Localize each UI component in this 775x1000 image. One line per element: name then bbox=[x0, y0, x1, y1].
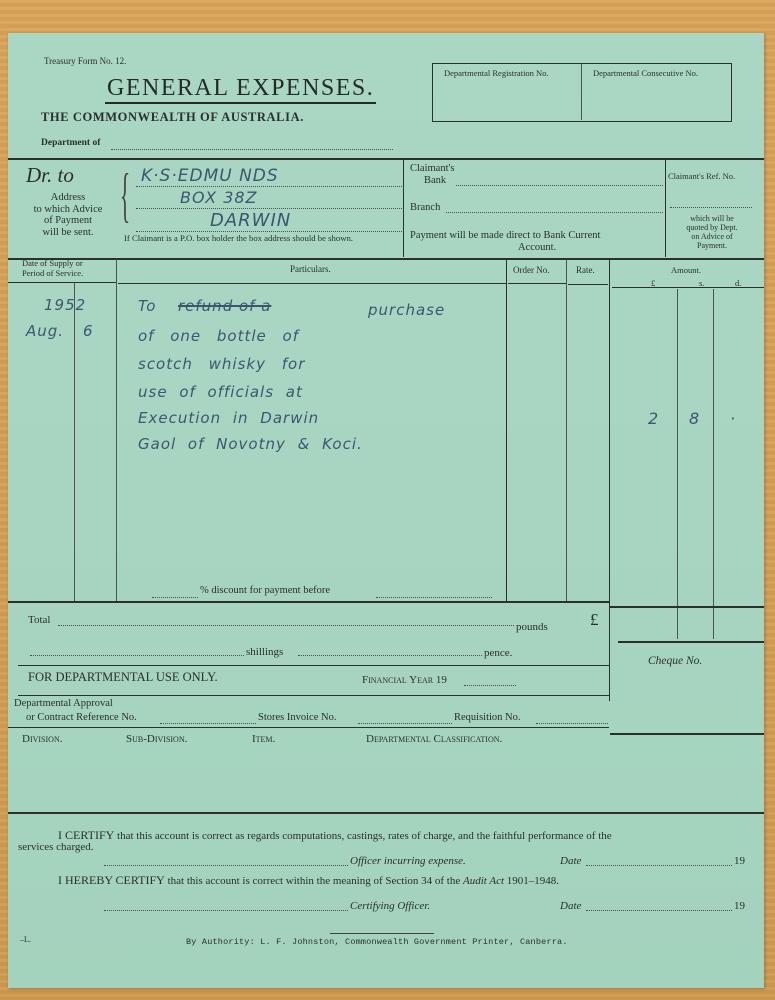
particulars-struck[interactable]: refund of a bbox=[178, 298, 271, 315]
address-note: Address to which Advice of Payment will … bbox=[18, 192, 118, 238]
officer-date-field[interactable] bbox=[586, 865, 732, 866]
branch-field[interactable] bbox=[446, 212, 663, 213]
departmental-use-only: FOR DEPARTMENTAL USE ONLY. bbox=[28, 671, 218, 685]
bank-field[interactable] bbox=[456, 185, 663, 186]
payment-note-2: Account. bbox=[518, 242, 556, 254]
particulars-line-5[interactable]: Execution in Darwin bbox=[138, 410, 319, 427]
rule bbox=[18, 665, 609, 666]
amount-header: Amount. bbox=[671, 266, 701, 275]
registration-divider bbox=[581, 64, 582, 120]
rule bbox=[610, 733, 764, 735]
particulars-header: Particulars. bbox=[290, 265, 331, 275]
certifying-date-field[interactable] bbox=[586, 910, 732, 911]
rule bbox=[8, 812, 764, 814]
discount-date-field[interactable] bbox=[376, 597, 492, 598]
bank-label-1: Claimant's bbox=[410, 163, 454, 175]
claimant-ref-field[interactable] bbox=[670, 207, 752, 208]
registration-label: Departmental Registration No. bbox=[444, 69, 549, 78]
certify-statement-2: services charged. bbox=[18, 841, 94, 853]
pence-label: pence. bbox=[484, 647, 512, 659]
bank-label-2: Bank bbox=[424, 175, 446, 187]
officer-label: Officer incurring expense. bbox=[350, 855, 466, 867]
col-line bbox=[609, 259, 610, 701]
po-box-note: If Claimant is a P.O. box holder the box… bbox=[124, 234, 353, 244]
classification-field[interactable] bbox=[12, 749, 760, 809]
footer-rule bbox=[330, 933, 434, 934]
col-line bbox=[677, 289, 678, 639]
col-line bbox=[566, 259, 567, 601]
col-line bbox=[74, 283, 75, 601]
year-prefix-1: 19 bbox=[734, 855, 745, 867]
total-pounds-field[interactable] bbox=[58, 625, 514, 626]
certifying-signature-field[interactable] bbox=[104, 910, 348, 911]
sub-division-label: Sub-Division. bbox=[126, 733, 187, 745]
address-rule bbox=[136, 231, 402, 232]
order-no-header: Order No. bbox=[513, 266, 550, 276]
total-label: Total bbox=[28, 614, 50, 626]
address-rule bbox=[136, 186, 402, 187]
department-label: Department of bbox=[41, 138, 100, 148]
date-header: Date of Supply or Period of Service. bbox=[22, 259, 83, 278]
amount-pence[interactable]: · bbox=[730, 410, 736, 428]
contract-ref-field[interactable] bbox=[160, 723, 256, 724]
rule bbox=[508, 283, 566, 284]
amount-shillings[interactable]: 8 bbox=[689, 410, 700, 428]
supply-month[interactable]: Aug. bbox=[26, 323, 64, 340]
stores-invoice-label: Stores Invoice No. bbox=[258, 712, 336, 724]
form-number: Treasury Form No. 12. bbox=[44, 57, 126, 67]
financial-year-field[interactable] bbox=[464, 685, 516, 686]
year-prefix-2: 19 bbox=[734, 900, 745, 912]
cheque-field[interactable] bbox=[612, 673, 762, 727]
general-expenses-form: Treasury Form No. 12. GENERAL EXPENSES. … bbox=[8, 33, 764, 988]
date-label-2: Date bbox=[560, 900, 581, 912]
divider bbox=[665, 160, 666, 257]
discount-label: % discount for payment before bbox=[200, 585, 330, 597]
hereby-certify-statement: I HEREBY CERTIFY that this account is co… bbox=[58, 874, 559, 887]
discount-percent-field[interactable] bbox=[152, 597, 198, 598]
amount-pounds[interactable]: 2 bbox=[648, 410, 659, 428]
ref-note: which will be quoted by Dept. on Advice … bbox=[668, 214, 756, 250]
divider bbox=[403, 160, 404, 257]
rule bbox=[618, 641, 764, 643]
requisition-field[interactable] bbox=[536, 723, 608, 724]
supply-day[interactable]: 6 bbox=[83, 323, 94, 340]
branch-label: Branch bbox=[410, 202, 440, 214]
particulars-line-1[interactable]: purchase bbox=[368, 302, 445, 319]
stores-invoice-field[interactable] bbox=[358, 723, 452, 724]
approval-label-2: or Contract Reference No. bbox=[26, 712, 137, 724]
rule bbox=[8, 258, 764, 260]
rule bbox=[118, 283, 506, 284]
particulars-line-3[interactable]: scotch whisky for bbox=[138, 356, 305, 373]
officer-signature-field[interactable] bbox=[104, 865, 348, 866]
address-line-2[interactable]: BOX 38Z bbox=[180, 189, 258, 207]
col-line bbox=[506, 259, 507, 601]
rate-header: Rate. bbox=[576, 266, 595, 276]
claimant-ref-label: Claimant's Ref. No. bbox=[668, 172, 735, 181]
certifying-officer-label: Certifying Officer. bbox=[350, 900, 430, 912]
address-rule bbox=[136, 208, 402, 209]
supply-year[interactable]: 1952 bbox=[44, 297, 86, 314]
classification-label: Departmental Classification. bbox=[366, 733, 502, 745]
shillings-label: shillings bbox=[246, 646, 283, 658]
particulars-line-to[interactable]: To bbox=[138, 298, 157, 315]
rule bbox=[568, 284, 608, 285]
division-label: Division. bbox=[22, 733, 62, 745]
form-subtitle: THE COMMONWEALTH OF AUSTRALIA. bbox=[41, 111, 304, 125]
certify-statement: I CERTIFY that this account is correct a… bbox=[58, 829, 748, 842]
pound-sign: £ bbox=[590, 611, 599, 630]
payment-note-1: Payment will be made direct to Bank Curr… bbox=[410, 230, 600, 242]
date-label-1: Date bbox=[560, 855, 581, 867]
dr-to-label: Dr. to bbox=[26, 164, 74, 187]
address-line-3[interactable]: DARWIN bbox=[210, 211, 291, 231]
rule bbox=[8, 601, 609, 603]
printer-authority: By Authority: L. F. Johnston, Commonweal… bbox=[186, 938, 568, 947]
registration-field[interactable] bbox=[435, 83, 579, 117]
form-code: –L. bbox=[20, 936, 31, 945]
particulars-line-6[interactable]: Gaol of Novotny & Koci. bbox=[138, 436, 363, 453]
pounds-label: pounds bbox=[516, 621, 548, 633]
financial-year-label: Financial Year 19 bbox=[362, 674, 447, 686]
particulars-line-2[interactable]: of one bottle of bbox=[138, 328, 299, 345]
rule bbox=[18, 695, 609, 696]
total-pence-field[interactable] bbox=[298, 655, 482, 656]
item-label: Item. bbox=[252, 733, 275, 745]
col-line bbox=[116, 259, 117, 601]
form-title: GENERAL EXPENSES. bbox=[105, 75, 376, 104]
consecutive-field[interactable] bbox=[584, 83, 728, 117]
brace-icon: { bbox=[120, 165, 130, 225]
rule bbox=[612, 287, 764, 288]
rule bbox=[610, 606, 764, 608]
total-shillings-field[interactable] bbox=[30, 655, 244, 656]
rule bbox=[8, 727, 609, 728]
requisition-label: Requisition No. bbox=[454, 712, 521, 724]
address-line-1[interactable]: K·S·EDMU NDS bbox=[141, 167, 279, 186]
col-line bbox=[713, 289, 714, 639]
approval-label-1: Departmental Approval bbox=[14, 698, 113, 710]
rule bbox=[8, 282, 116, 283]
particulars-line-4[interactable]: use of officials at bbox=[138, 384, 303, 401]
department-field[interactable] bbox=[111, 149, 393, 150]
cheque-label: Cheque No. bbox=[648, 655, 702, 668]
consecutive-label: Departmental Consecutive No. bbox=[593, 69, 698, 78]
rule bbox=[8, 158, 764, 160]
